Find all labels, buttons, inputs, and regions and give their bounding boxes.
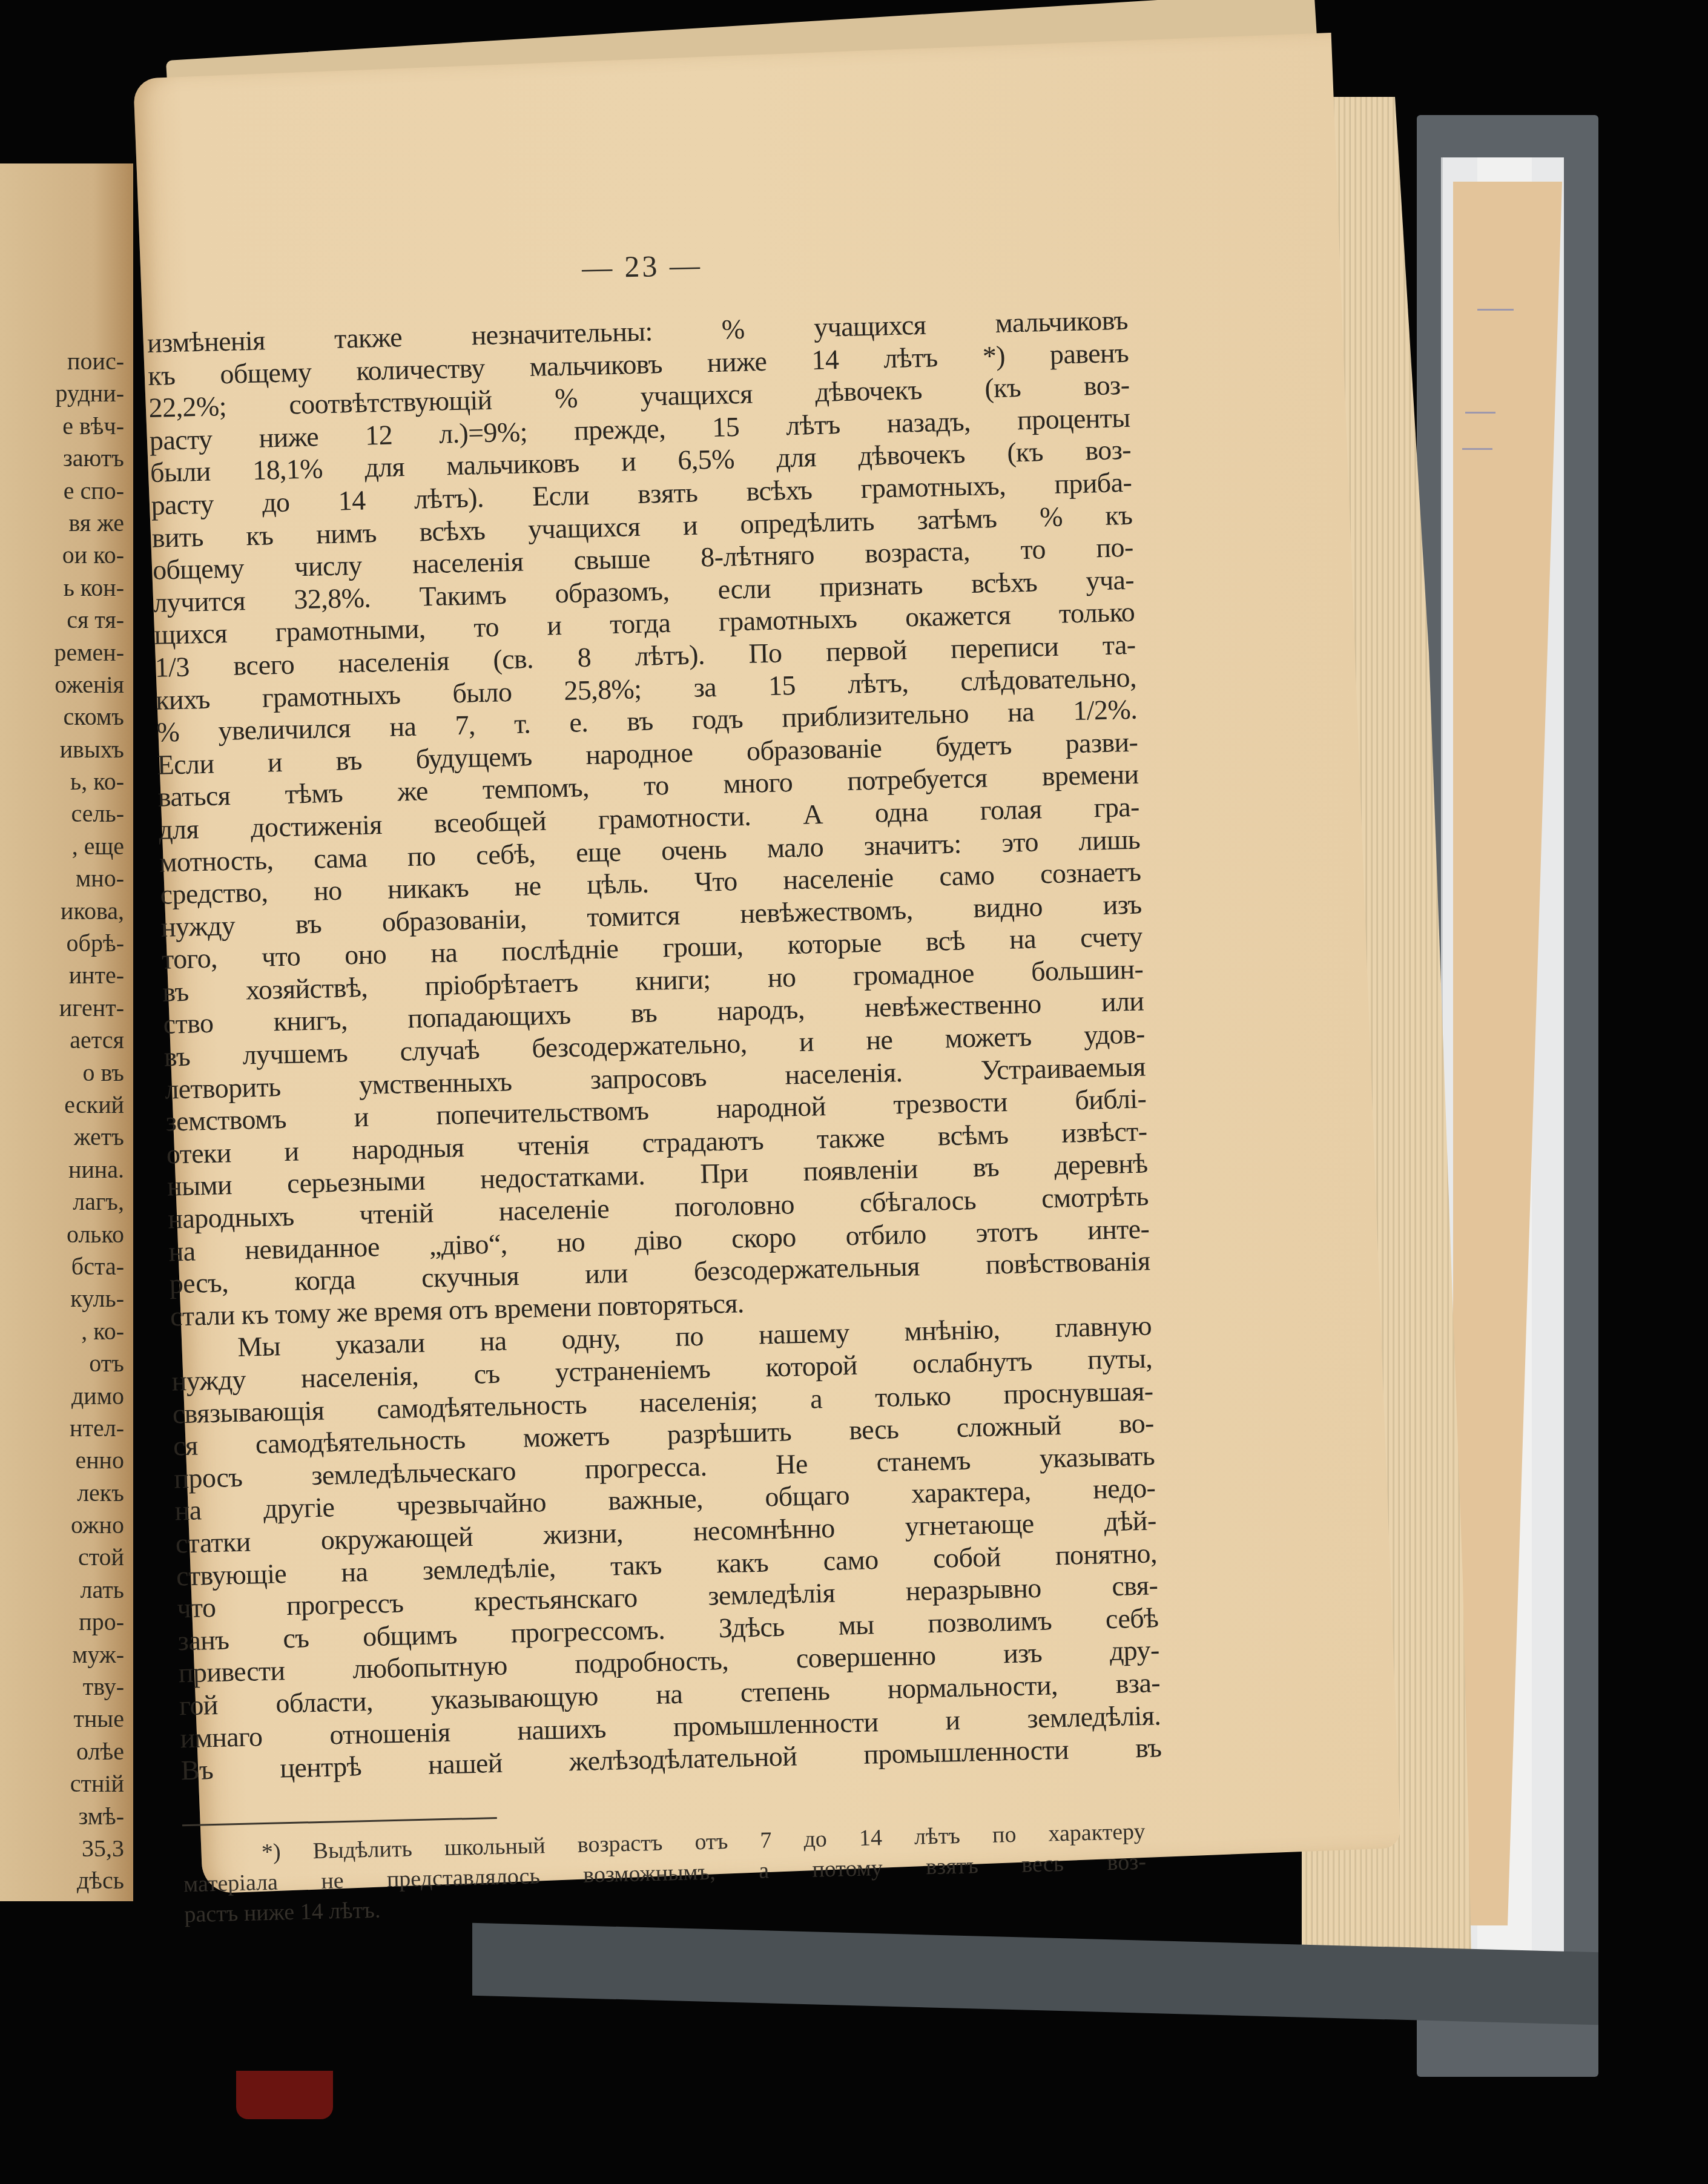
- left-text-line: скомъ: [0, 701, 124, 733]
- body-text: измѣненія также незначительны: % учащихс…: [147, 304, 1162, 1787]
- left-text-line: ается: [0, 1024, 124, 1056]
- left-text-line: тву-: [0, 1671, 124, 1703]
- left-text-line: жетъ: [0, 1121, 124, 1153]
- left-text-line: еский: [0, 1089, 124, 1121]
- left-text-line: отъ: [0, 1347, 124, 1379]
- left-text-line: , ко-: [0, 1315, 124, 1347]
- left-text-line: оженія: [0, 668, 124, 701]
- left-text-line: лать: [0, 1574, 124, 1606]
- pencil-mark: [1462, 448, 1492, 450]
- left-text-line: ои ко-: [0, 539, 124, 571]
- left-text-line: обрѣ-: [0, 927, 124, 959]
- left-page-text: поис-рудни-е вѣч-заютъе спо-вя жеои ко-ь…: [0, 345, 124, 1897]
- left-text-line: е спо-: [0, 475, 124, 507]
- left-text-line: бста-: [0, 1250, 124, 1282]
- left-text-line: ся тя-: [0, 604, 124, 636]
- left-text-line: енно: [0, 1444, 124, 1476]
- left-text-line: ивыхъ: [0, 733, 124, 765]
- left-text-line: куль-: [0, 1282, 124, 1315]
- left-text-line: нина.: [0, 1153, 124, 1186]
- left-text-line: стой: [0, 1541, 124, 1573]
- left-text-line: олько: [0, 1218, 124, 1250]
- left-text-line: змѣ-: [0, 1800, 124, 1832]
- left-text-line: ожно: [0, 1509, 124, 1541]
- left-text-line: е вѣч-: [0, 410, 124, 442]
- pencil-mark: [1465, 412, 1495, 414]
- left-text-line: ь кон-: [0, 572, 124, 604]
- pencil-mark: [1477, 309, 1514, 311]
- left-text-line: икова,: [0, 895, 124, 927]
- left-text-line: олѣе: [0, 1735, 124, 1767]
- left-text-line: лагъ,: [0, 1186, 124, 1218]
- left-text-line: 35,3: [0, 1832, 124, 1864]
- left-text-line: мно-: [0, 862, 124, 894]
- left-text-line: нтел-: [0, 1412, 124, 1444]
- left-text-line: лекъ: [0, 1477, 124, 1509]
- bookmark-ribbon: [236, 2071, 333, 2119]
- left-text-line: поис-: [0, 345, 124, 377]
- left-text-line: димо: [0, 1380, 124, 1412]
- left-text-line: вя же: [0, 507, 124, 539]
- left-text-line: игент-: [0, 992, 124, 1024]
- left-text-line: о въ: [0, 1057, 124, 1089]
- page-number: — 23 —: [521, 246, 763, 286]
- left-text-line: муж-: [0, 1638, 124, 1671]
- left-text-line: рудни-: [0, 377, 124, 409]
- left-text-line: заютъ: [0, 442, 124, 474]
- left-text-line: сель-: [0, 797, 124, 830]
- left-text-line: ремен-: [0, 636, 124, 668]
- left-text-line: стній: [0, 1767, 124, 1800]
- left-text-line: про-: [0, 1606, 124, 1638]
- left-text-line: ь, ко-: [0, 765, 124, 797]
- left-text-line: тные: [0, 1703, 124, 1735]
- left-text-line: инте-: [0, 959, 124, 991]
- left-text-line: , еще: [0, 830, 124, 862]
- left-text-line: дѣсь: [0, 1864, 124, 1896]
